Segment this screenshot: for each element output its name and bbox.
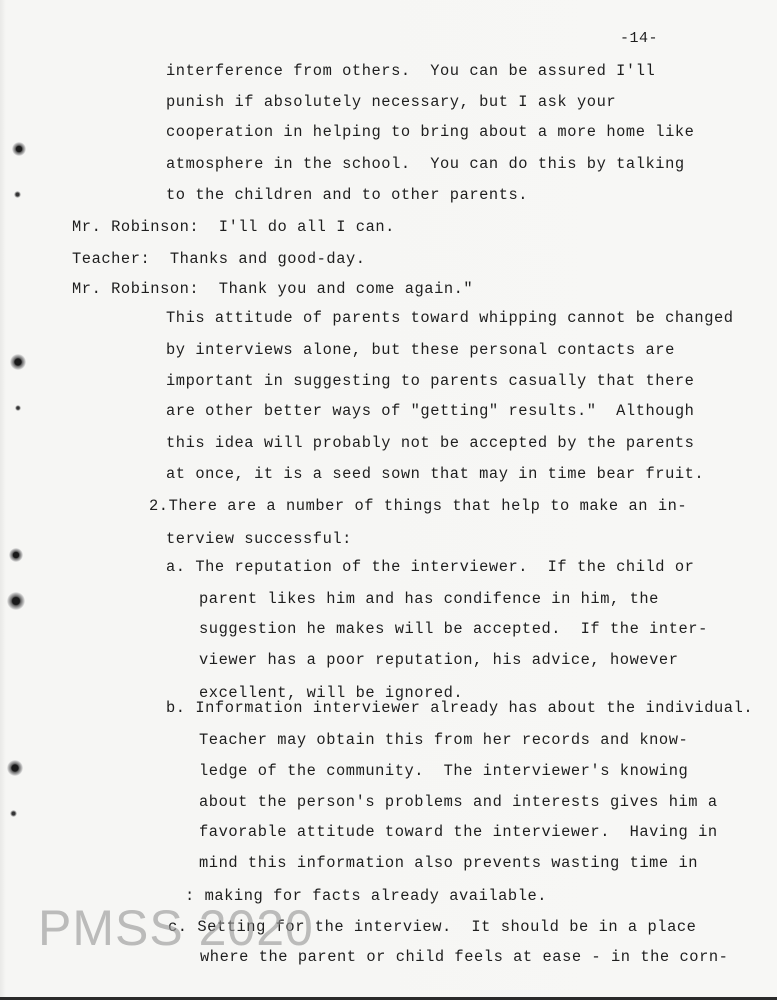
text-line: a. The reputation of the interviewer. If…: [166, 558, 694, 576]
binder-hole-icon: [12, 142, 26, 156]
text-line: cooperation in helping to bring about a …: [166, 123, 694, 141]
text-line: Teacher: Thanks and good-day.: [72, 250, 366, 268]
page-number: -14-: [620, 30, 658, 47]
text-line: This attitude of parents toward whipping…: [166, 309, 734, 327]
binder-hole-icon: [9, 548, 23, 562]
text-line: about the person's problems and interest…: [199, 793, 718, 811]
text-line: Mr. Robinson: Thank you and come again.": [72, 280, 473, 298]
text-line: this idea will probably not be accepted …: [166, 434, 694, 452]
text-line: favorable attitude toward the interviewe…: [199, 823, 718, 841]
text-line: b. Information interviewer already has a…: [166, 699, 753, 717]
text-line: parent likes him and has condifence in h…: [199, 590, 659, 608]
watermark: PMSS 2020: [38, 898, 314, 958]
binder-hole-icon: [7, 592, 25, 610]
text-line: Teacher may obtain this from her records…: [199, 731, 688, 749]
text-line: atmosphere in the school. You can do thi…: [166, 155, 685, 173]
scanned-document-page: -14- interference from others. You can b…: [0, 0, 777, 1000]
text-line: 2.There are a number of things that help…: [149, 497, 687, 515]
binder-hole-icon: [7, 760, 23, 776]
text-line: mind this information also prevents wast…: [199, 854, 698, 872]
binder-hole-icon: [10, 354, 26, 370]
binder-hole-icon: [14, 191, 21, 198]
text-line: Mr. Robinson: I'll do all I can.: [72, 218, 395, 236]
binder-hole-icon: [10, 810, 17, 817]
text-line: by interviews alone, but these personal …: [166, 341, 675, 359]
text-line: at once, it is a seed sown that may in t…: [166, 465, 704, 483]
text-line: suggestion he makes will be accepted. If…: [199, 620, 708, 638]
text-line: terview successful:: [166, 530, 352, 548]
text-line: punish if absolutely necessary, but I as…: [166, 93, 616, 111]
text-line: to the children and to other parents.: [166, 186, 528, 204]
text-line: important in suggesting to parents casua…: [166, 372, 694, 390]
text-line: interference from others. You can be ass…: [166, 62, 655, 80]
binder-hole-icon: [15, 405, 21, 411]
text-line: are other better ways of "getting" resul…: [166, 402, 694, 420]
text-line: ledge of the community. The interviewer'…: [199, 762, 688, 780]
text-line: viewer has a poor reputation, his advice…: [199, 651, 679, 669]
